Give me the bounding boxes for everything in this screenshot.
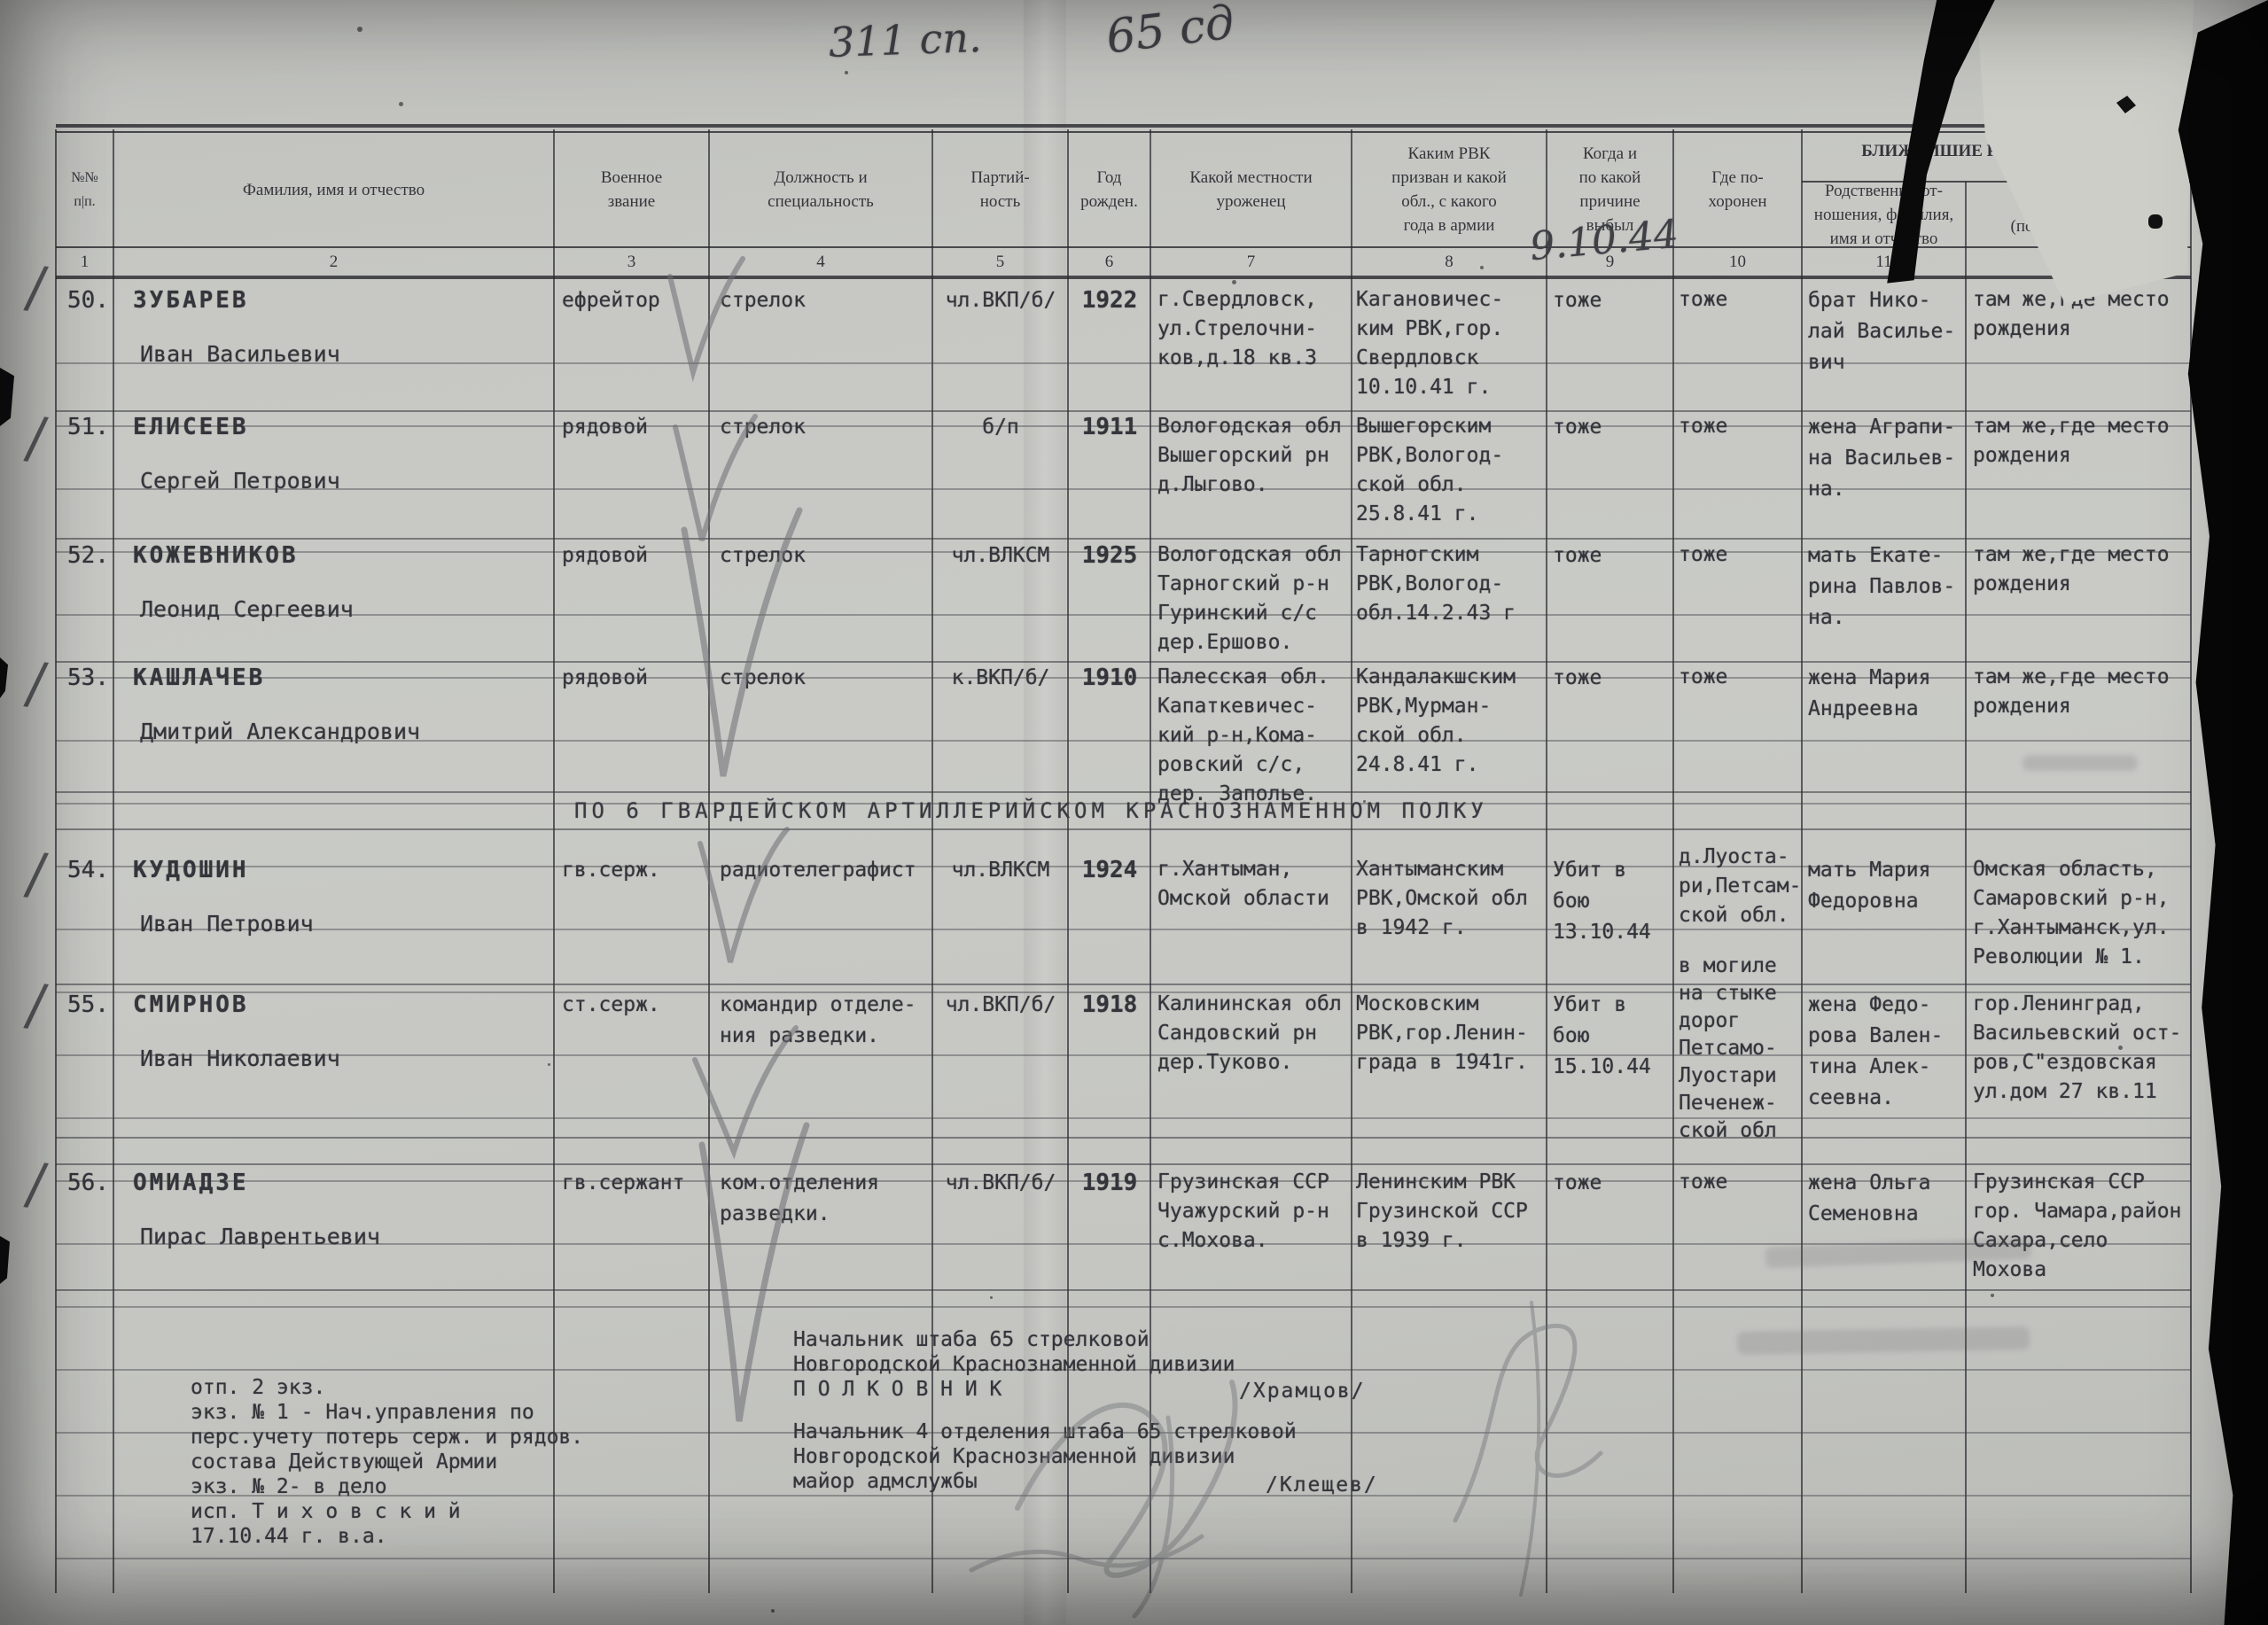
birthplace: Вологодская обл Тарногский р-н Гуринский… <box>1157 540 1349 657</box>
row-number: 56. <box>67 1168 115 1199</box>
burial-place: тоже <box>1679 540 1801 570</box>
ink-bleed-smudge <box>2022 755 2138 771</box>
paper-speck <box>357 27 362 32</box>
paper-speck <box>771 1609 775 1613</box>
column-header-2: Фамилия, имя и отчество <box>113 133 554 246</box>
military-rank: гв.серж. <box>562 855 709 886</box>
column-number-8: 8 <box>1352 250 1547 275</box>
soldier-surname: КОЖЕВНИКОВ <box>133 540 548 571</box>
column-number-3: 3 <box>554 250 709 275</box>
birth-year: 1925 <box>1071 540 1149 571</box>
military-rank: рядовой <box>562 540 709 571</box>
soldier-given-name: Иван Васильевич <box>140 338 548 369</box>
paper-speck <box>548 1063 550 1066</box>
paper-speck <box>1232 280 1236 284</box>
draft-office: Ленинским РВК Грузинской ССР в 1939 г. <box>1356 1168 1544 1256</box>
party-membership: чл.ВЛКСМ <box>936 855 1065 886</box>
duty-speciality: стрелок <box>720 285 931 316</box>
soldier-surname: ЕЛИСЕЕВ <box>133 412 548 443</box>
kin-address: гор.Ленинград, Васильевский ост- ров,С"е… <box>1973 990 2191 1107</box>
duty-speciality: ком.отделения разведки. <box>720 1168 931 1230</box>
paper-speck <box>399 102 403 106</box>
grid-line-header-rule <box>56 276 2191 279</box>
paper-speck <box>1363 800 1366 803</box>
birth-year: 1910 <box>1071 663 1149 694</box>
draft-office: Московским РВК,гор.Ленин- града в 1941г. <box>1356 990 1544 1077</box>
burial-place: тоже <box>1679 1168 1801 1197</box>
record-separator-line <box>56 828 2191 830</box>
military-rank: рядовой <box>562 663 709 694</box>
birthplace: Калининская обл Сандовский рн дер.Туково… <box>1157 990 1349 1077</box>
paper-speck <box>1991 1294 1994 1297</box>
column-header-3: Военное звание <box>554 133 709 246</box>
draft-office: Хантыманским РВК,Омской обл в 1942 г. <box>1356 855 1544 943</box>
soldier-given-name: Иван Петрович <box>140 908 548 939</box>
birth-year: 1918 <box>1071 990 1149 1021</box>
column-header-10: Где по- хоронен <box>1673 133 1802 246</box>
next-of-kin: жена Ольга Семеновна <box>1808 1168 1966 1230</box>
duty-speciality: стрелок <box>720 540 931 571</box>
column-header-7: Какой местности уроженец <box>1150 133 1352 246</box>
chief-of-staff-signature-block: Начальник штаба 65 стрелковой Новгородск… <box>793 1327 1235 1402</box>
record-separator-line <box>56 1137 2191 1139</box>
birth-year: 1922 <box>1071 285 1149 316</box>
casualty-info: Убит в бою 15.10.44 <box>1553 990 1673 1083</box>
duty-speciality: радиотелеграфист <box>720 855 931 886</box>
soldier-surname: СМИРНОВ <box>133 990 548 1021</box>
birthplace: Палесская обл. Капаткевичес- кий р-н,Ком… <box>1157 663 1349 809</box>
party-membership: чл.ВКП/б/ <box>936 990 1065 1021</box>
row-number: 53. <box>67 663 115 694</box>
column-header-5: Партий- ность <box>932 133 1068 246</box>
column-header-4: Должность и специальность <box>709 133 932 246</box>
kin-address: Омская область, Самаровский р-н, г.Ханты… <box>1973 855 2191 972</box>
record-separator-line <box>56 984 2191 985</box>
military-rank: рядовой <box>562 412 709 443</box>
paper-speck <box>2118 1046 2123 1050</box>
chief-of-staff-name: /Храмцов/ <box>1239 1379 1366 1403</box>
casualty-info: Убит в бою 13.10.44 <box>1553 855 1673 948</box>
birthplace: Вологодская обл Вышегорский рн д.Лыгово. <box>1157 412 1349 500</box>
birthplace: г.Свердловск, ул.Стрелочни- ков,д.18 кв.… <box>1157 285 1349 373</box>
column-number-1: 1 <box>56 250 113 275</box>
party-membership: к.ВКП/б/ <box>936 663 1065 694</box>
birthplace: Грузинская ССР Чуажурский р-н с.Мохова. <box>1157 1168 1349 1256</box>
burial-place: д.Луоста- ри,Петсам- ской обл. <box>1679 843 1801 930</box>
grid-line-top-rule <box>56 124 2191 128</box>
draft-office: Вышегорским РВК,Вологод- ской обл. 25.8.… <box>1356 412 1544 529</box>
scanned-casualty-list-page: №№ п|п.1Фамилия, имя и отчество2Военное … <box>0 0 2268 1625</box>
draft-office: Кандалакшским РВК,Мурман- ской обл. 24.8… <box>1356 663 1544 780</box>
casualty-info: тоже <box>1553 1168 1673 1199</box>
handwritten-regiment-note: 311 сп. <box>828 13 982 66</box>
column-header-6: Год рожден. <box>1068 133 1150 246</box>
artillery-regiment-section-note: ПО 6 ГВАРДЕЙСКОМ АРТИЛЛЕРИЙСКОМ КРАСНОЗН… <box>574 798 1488 823</box>
kin-address: Грузинская ССР гор. Чамара,район Сахара,… <box>1973 1168 2191 1285</box>
birth-year: 1924 <box>1071 855 1149 886</box>
duty-speciality: командир отделе- ния разведки. <box>720 990 931 1052</box>
next-of-kin: жена Федо- рова Вален- тина Алек- сеевна… <box>1808 990 1966 1114</box>
casualty-info: тоже <box>1553 412 1673 443</box>
record-separator-line <box>56 1163 2191 1165</box>
next-of-kin: мать Мария Федоровна <box>1808 855 1966 917</box>
kin-address: там же,где место рождения <box>1973 412 2191 470</box>
next-of-kin: брат Нико- лай Василье- вич <box>1808 285 1966 378</box>
row-number: 54. <box>67 855 115 886</box>
party-membership: чл.ВЛКСМ <box>936 540 1065 571</box>
4th-section-chief-name: /Клещев/ <box>1266 1473 1378 1497</box>
soldier-surname: КАШЛАЧЕВ <box>133 663 548 694</box>
column-number-11: 11 <box>1802 250 1966 275</box>
next-of-kin: жена Мария Андреевна <box>1808 663 1966 725</box>
soldier-surname: КУДОШИН <box>133 855 548 886</box>
4th-section-chief-signature-block: Начальник 4 отделения штаба 65 стрелково… <box>793 1419 1297 1494</box>
military-rank: ефрейтор <box>562 285 709 316</box>
record-separator-line <box>56 538 2191 540</box>
copies-note: отп. 2 экз. экз. № 1 - Нач.управления по… <box>191 1375 583 1549</box>
military-rank: гв.сержант <box>562 1168 709 1199</box>
party-membership: чл.ВКП/б/ <box>936 1168 1065 1199</box>
row-number: 52. <box>67 540 115 571</box>
soldier-given-name: Сергей Петрович <box>140 465 548 496</box>
draft-office: Тарногским РВК,Вологод- обл.14.2.43 г <box>1356 540 1544 628</box>
burial-place: тоже <box>1679 412 1801 441</box>
column-number-2: 2 <box>113 250 554 275</box>
kin-address: там же,где место рождения <box>1973 663 2191 721</box>
party-membership: чл.ВКП/б/ <box>936 285 1065 316</box>
row-number: 51. <box>67 412 115 443</box>
paper-speck <box>990 1296 993 1299</box>
column-number-7: 7 <box>1150 250 1352 275</box>
paper-speck <box>1480 266 1484 269</box>
column-number-5: 5 <box>932 250 1068 275</box>
soldier-surname: ОМИАДЗЕ <box>133 1168 548 1199</box>
row-number: 55. <box>67 990 115 1021</box>
soldier-given-name: Леонид Сергеевич <box>140 594 548 625</box>
military-rank: ст.серж. <box>562 990 709 1021</box>
paper-hole <box>2148 214 2163 229</box>
casualty-info: тоже <box>1553 285 1673 316</box>
burial-place: тоже <box>1679 285 1801 315</box>
soldier-given-name: Пирас Лаврентьевич <box>140 1221 548 1252</box>
burial-place: тоже <box>1679 663 1801 692</box>
column-number-6: 6 <box>1068 250 1150 275</box>
kin-address: там же,где место рождения <box>1973 540 2191 599</box>
casualty-info: тоже <box>1553 663 1673 694</box>
duty-speciality: стрелок <box>720 412 931 443</box>
row-number: 50. <box>67 285 115 316</box>
column-header-1: №№ п|п. <box>56 133 113 246</box>
birth-year: 1919 <box>1071 1168 1149 1199</box>
burial-place: в могиле на стыке дорог Петсамо- Луостар… <box>1679 952 1801 1145</box>
next-of-kin: мать Екате- рина Павлов- на. <box>1808 540 1966 634</box>
birthplace: г.Хантыман, Омской области <box>1157 855 1349 914</box>
soldier-given-name: Иван Николаевич <box>140 1043 548 1074</box>
soldier-given-name: Дмитрий Александрович <box>140 716 548 747</box>
column-header-11: Родственные от- ношения, фамилия, имя и … <box>1802 183 1966 246</box>
column-number-4: 4 <box>709 250 932 275</box>
record-separator-line <box>56 791 2191 793</box>
column-number-10: 10 <box>1673 250 1802 275</box>
next-of-kin: жена Аграпи- на Васильев- на. <box>1808 412 1966 505</box>
column-header-8: Каким РВК призван и какой обл., с какого… <box>1352 133 1547 246</box>
record-separator-line <box>56 1289 2191 1291</box>
soldier-surname: ЗУБАРЕВ <box>133 285 548 316</box>
paper-speck <box>845 71 848 74</box>
birth-year: 1911 <box>1071 412 1149 443</box>
casualty-info: тоже <box>1553 540 1673 571</box>
party-membership: б/п <box>936 412 1065 443</box>
duty-speciality: стрелок <box>720 663 931 694</box>
draft-office: Кагановичес- ким РВК,гор. Свердловск 10.… <box>1356 285 1544 402</box>
